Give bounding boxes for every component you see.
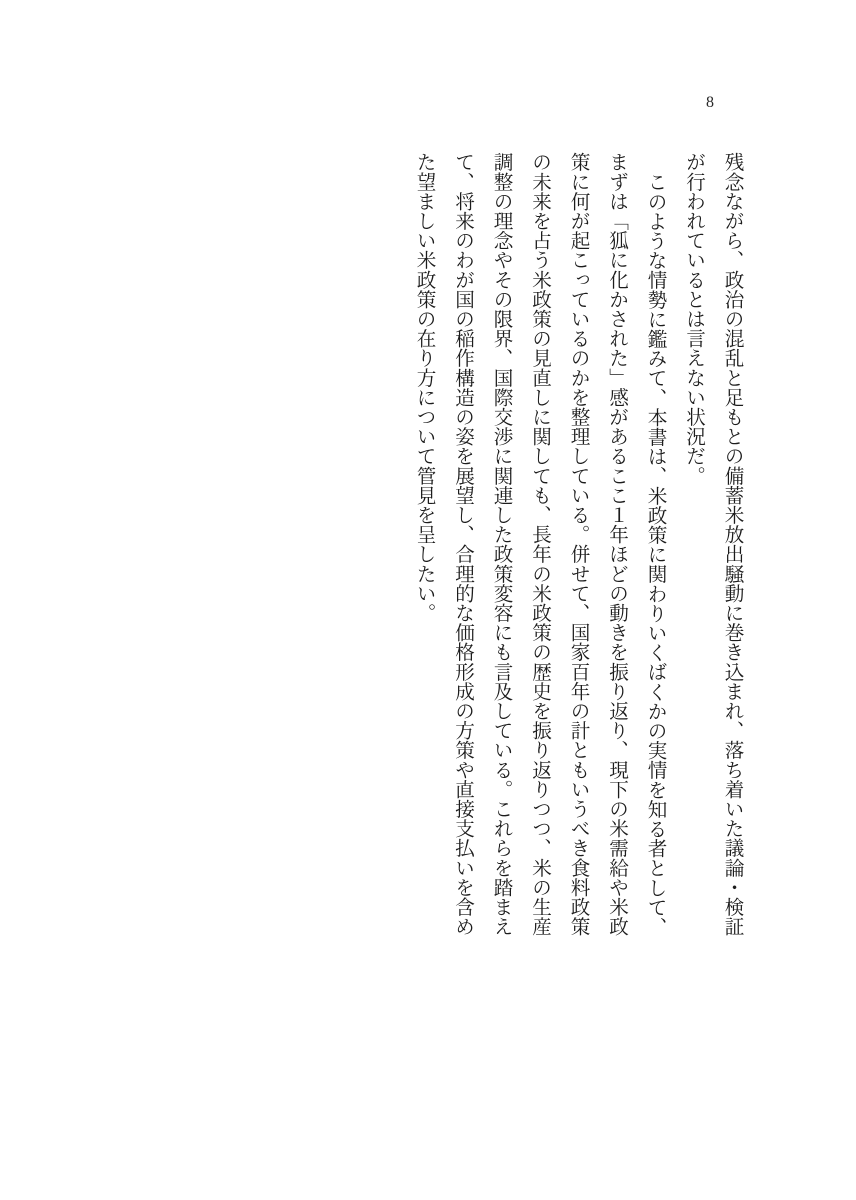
paragraph-1: 残念ながら、政治の混乱と足もとの備蓄米放出騒動に巻き込まれ、落ち着いた議論・検証…	[673, 152, 750, 942]
vertical-text-block: 残念ながら、政治の混乱と足もとの備蓄米放出騒動に巻き込まれ、落ち着いた議論・検証…	[404, 152, 751, 942]
paragraph-2: このような情勢に鑑みて、本書は、米政策に関わりいくばくかの実情を知る者として、ま…	[404, 152, 674, 942]
book-page: 8 残念ながら、政治の混乱と足もとの備蓄米放出騒動に巻き込まれ、落ち着いた議論・…	[0, 0, 856, 1200]
page-number: 8	[700, 94, 720, 112]
